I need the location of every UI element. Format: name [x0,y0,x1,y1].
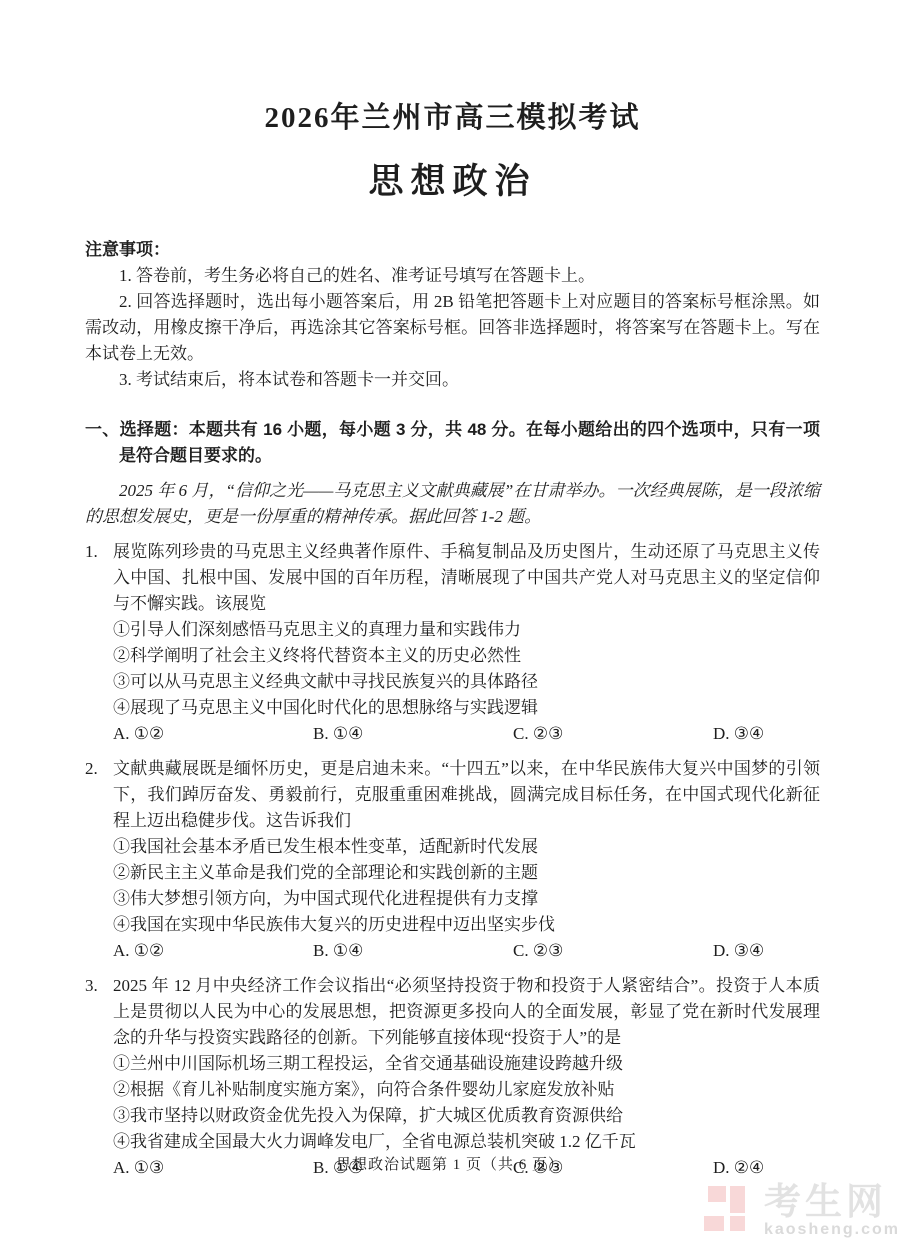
question-2-number: 2. [85,756,98,782]
question-2-options: A. ①② B. ①④ C. ②③ D. ③④ [85,938,820,964]
exam-paper-page: 2026年兰州市高三模拟考试 思想政治 注意事项： 1. 答卷前，考生务必将自己… [0,0,900,1248]
question-3: 3. 2025 年 12 月中央经济工作会议指出“必须坚持投资于物和投资于人紧密… [85,973,820,1181]
question-1-stem-text: 展览陈列珍贵的马克思主义经典著作原件、手稿复制品及历史图片，生动还原了马克思主义… [113,542,820,613]
question-2-statement-2: ②新民主主义革命是我们党的全部理论和实践创新的主题 [85,860,820,886]
notices-section: 注意事项： 1. 答卷前，考生务必将自己的姓名、准考证号填写在答题卡上。 2. … [85,237,820,393]
watermark-text: 考生网 kaosheng.com [764,1183,900,1239]
question-2-option-a: A. ①② [113,938,313,964]
question-2-option-b: B. ①④ [313,938,513,964]
question-1-number: 1. [85,539,98,565]
notice-item-1: 1. 答卷前，考生务必将自己的姓名、准考证号填写在答题卡上。 [85,263,820,289]
page-number-footer: 思想政治试题第 1 页（共 6 页） [0,1152,900,1178]
notices-heading: 注意事项： [85,237,820,263]
question-2-option-d: D. ③④ [713,938,764,964]
kaosheng-watermark: 考生网 kaosheng.com [702,1183,900,1239]
question-1-option-b: B. ①④ [313,721,513,747]
question-1-options: A. ①② B. ①④ C. ②③ D. ③④ [85,721,820,747]
exam-title: 2026年兰州市高三模拟考试 [85,97,820,139]
question-1-statement-3: ③可以从马克思主义经典文献中寻找民族复兴的具体路径 [85,669,820,695]
question-1-option-d: D. ③④ [713,721,764,747]
question-3-statement-2: ②根据《育儿补贴制度实施方案》，向符合条件婴幼儿家庭发放补贴 [85,1077,820,1103]
question-2-stem-text: 文献典藏展既是缅怀历史，更是启迪未来。“十四五”以来，在中华民族伟大复兴中国梦的… [113,759,820,830]
question-1-stem: 1. 展览陈列珍贵的马克思主义经典著作原件、手稿复制品及历史图片，生动还原了马克… [85,539,820,617]
watermark-brand: 考生网 [764,1183,900,1221]
question-2-option-c: C. ②③ [513,938,713,964]
question-3-statement-3: ③我市坚持以财政资金优先投入为保障，扩大城区优质教育资源供给 [85,1103,820,1129]
question-3-stem: 3. 2025 年 12 月中央经济工作会议指出“必须坚持投资于物和投资于人紧密… [85,973,820,1051]
question-3-number: 3. [85,973,98,999]
question-3-stem-text: 2025 年 12 月中央经济工作会议指出“必须坚持投资于物和投资于人紧密结合”… [113,976,820,1047]
question-1-option-a: A. ①② [113,721,313,747]
question-1-statement-1: ①引导人们深刻感悟马克思主义的真理力量和实践伟力 [85,617,820,643]
question-1-option-c: C. ②③ [513,721,713,747]
question-3-statement-1: ①兰州中川国际机场三期工程投运，全省交通基础设施建设跨越升级 [85,1051,820,1077]
question-3-statement-4: ④我省建成全国最大火力调峰发电厂，全省电源总装机突破 1.2 亿千瓦 [85,1129,820,1155]
question-2: 2. 文献典藏展既是缅怀历史，更是启迪未来。“十四五”以来，在中华民族伟大复兴中… [85,756,820,964]
question-2-stem: 2. 文献典藏展既是缅怀历史，更是启迪未来。“十四五”以来，在中华民族伟大复兴中… [85,756,820,834]
question-group-intro: 2025 年 6 月，“信仰之光——马克思主义文献典藏展”在甘肃举办。一次经典展… [85,478,820,530]
notice-item-3: 3. 考试结束后，将本试卷和答题卡一并交回。 [85,367,820,393]
question-1-statement-2: ②科学阐明了社会主义终将代替资本主义的历史必然性 [85,643,820,669]
question-2-statement-3: ③伟大梦想引领方向，为中国式现代化进程提供有力支撑 [85,886,820,912]
watermark-domain: kaosheng.com [764,1221,900,1239]
section-1-heading: 一、选择题：本题共有 16 小题，每小题 3 分，共 48 分。在每小题给出的四… [85,417,820,469]
question-2-statement-4: ④我国在实现中华民族伟大复兴的历史进程中迈出坚实步伐 [85,912,820,938]
kaosheng-logo-icon [702,1183,764,1233]
question-1-statement-4: ④展现了马克思主义中国化时代化的思想脉络与实践逻辑 [85,695,820,721]
notice-item-2: 2. 回答选择题时，选出每小题答案后，用 2B 铅笔把答题卡上对应题目的答案标号… [85,289,820,367]
exam-subject: 思想政治 [85,159,820,205]
question-1: 1. 展览陈列珍贵的马克思主义经典著作原件、手稿复制品及历史图片，生动还原了马克… [85,539,820,747]
question-2-statement-1: ①我国社会基本矛盾已发生根本性变革，适配新时代发展 [85,834,820,860]
